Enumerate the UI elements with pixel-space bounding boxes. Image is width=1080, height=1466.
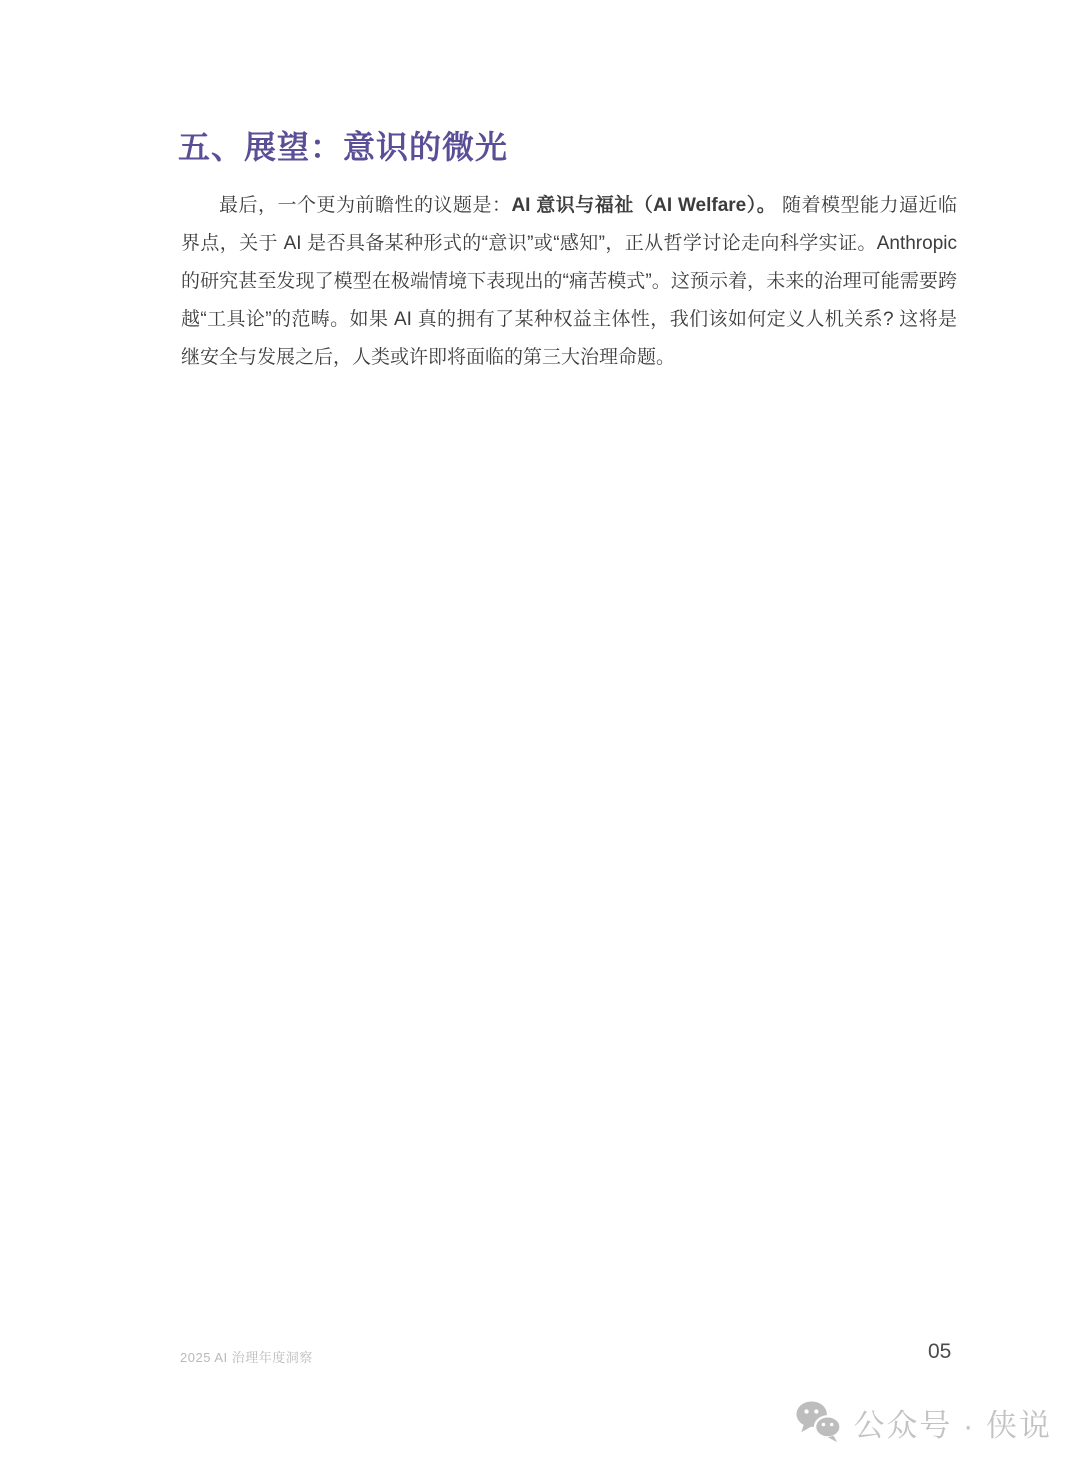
section-heading: 五、展望：意识的微光 [178, 122, 508, 168]
document-page: 五、展望：意识的微光 最后，一个更为前瞻性的议题是：AI 意识与福祉（AI We… [0, 0, 1080, 1466]
paragraph-text-rest: 随着模型能力逼近临界点，关于 AI 是否具备某种形式的“意识”或“感知”，正从哲… [181, 195, 957, 368]
watermark-label: 公众号 · 侠说 [853, 1400, 1052, 1445]
watermark: 公众号 · 侠说 [795, 1399, 1052, 1446]
page-number: 05 [928, 1340, 951, 1364]
wechat-icon [795, 1399, 842, 1446]
footer-report-name: 2025 AI 治理年度洞察 [180, 1347, 313, 1366]
paragraph-text-bold: AI 意识与福祉（AI Welfare）。 [511, 195, 776, 216]
paragraph-text-lead: 最后，一个更为前瞻性的议题是： [219, 195, 511, 216]
body-paragraph: 最后，一个更为前瞻性的议题是：AI 意识与福祉（AI Welfare）。 随着模… [181, 187, 957, 377]
